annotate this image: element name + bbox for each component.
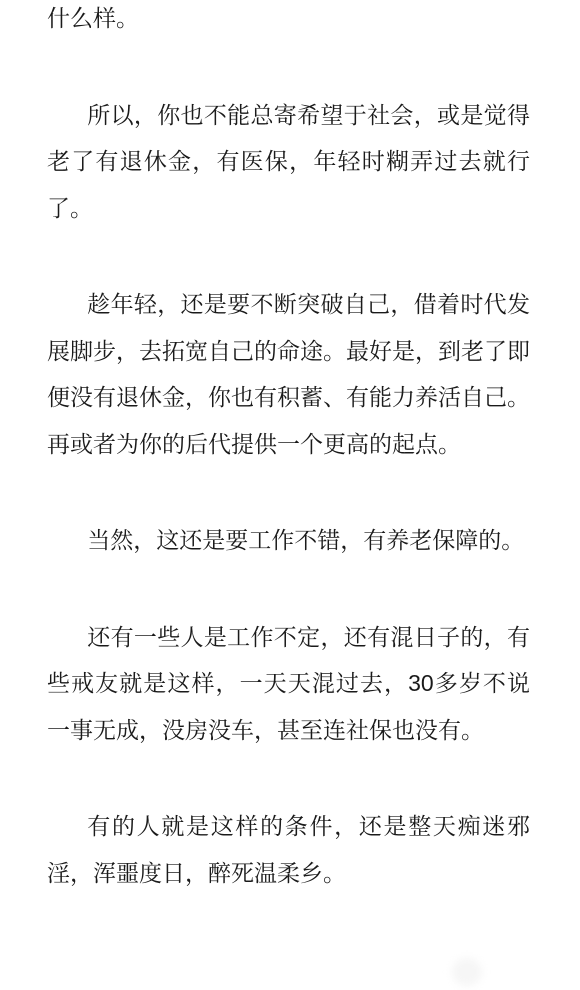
article-body: 什么样。所以，你也不能总寄希望于社会，或是觉得老了有退休金，有医保，年轻时糊弄过…: [47, 0, 530, 946]
watermark-smudge: [452, 958, 482, 986]
paragraph: 当然，这还是要工作不错，有养老保障的。: [47, 517, 530, 564]
article-page: 什么样。所以，你也不能总寄希望于社会，或是觉得老了有退休金，有医保，年轻时糊弄过…: [0, 0, 580, 990]
paragraph: 趁年轻，还是要不断突破自己，借着时代发展脚步，去拓宽自己的命途。最好是，到老了即…: [47, 281, 530, 467]
paragraph: 什么样。: [47, 0, 530, 42]
paragraph: 有的人就是这样的条件，还是整天痴迷邪淫，浑噩度日，醉死温柔乡。: [47, 803, 530, 896]
paragraph: 还有一些人是工作不定，还有混日子的，有些戒友就是这样，一天天混过去，30多岁不说…: [47, 614, 530, 754]
paragraph: 所以，你也不能总寄希望于社会，或是觉得老了有退休金，有医保，年轻时糊弄过去就行了…: [47, 92, 530, 232]
